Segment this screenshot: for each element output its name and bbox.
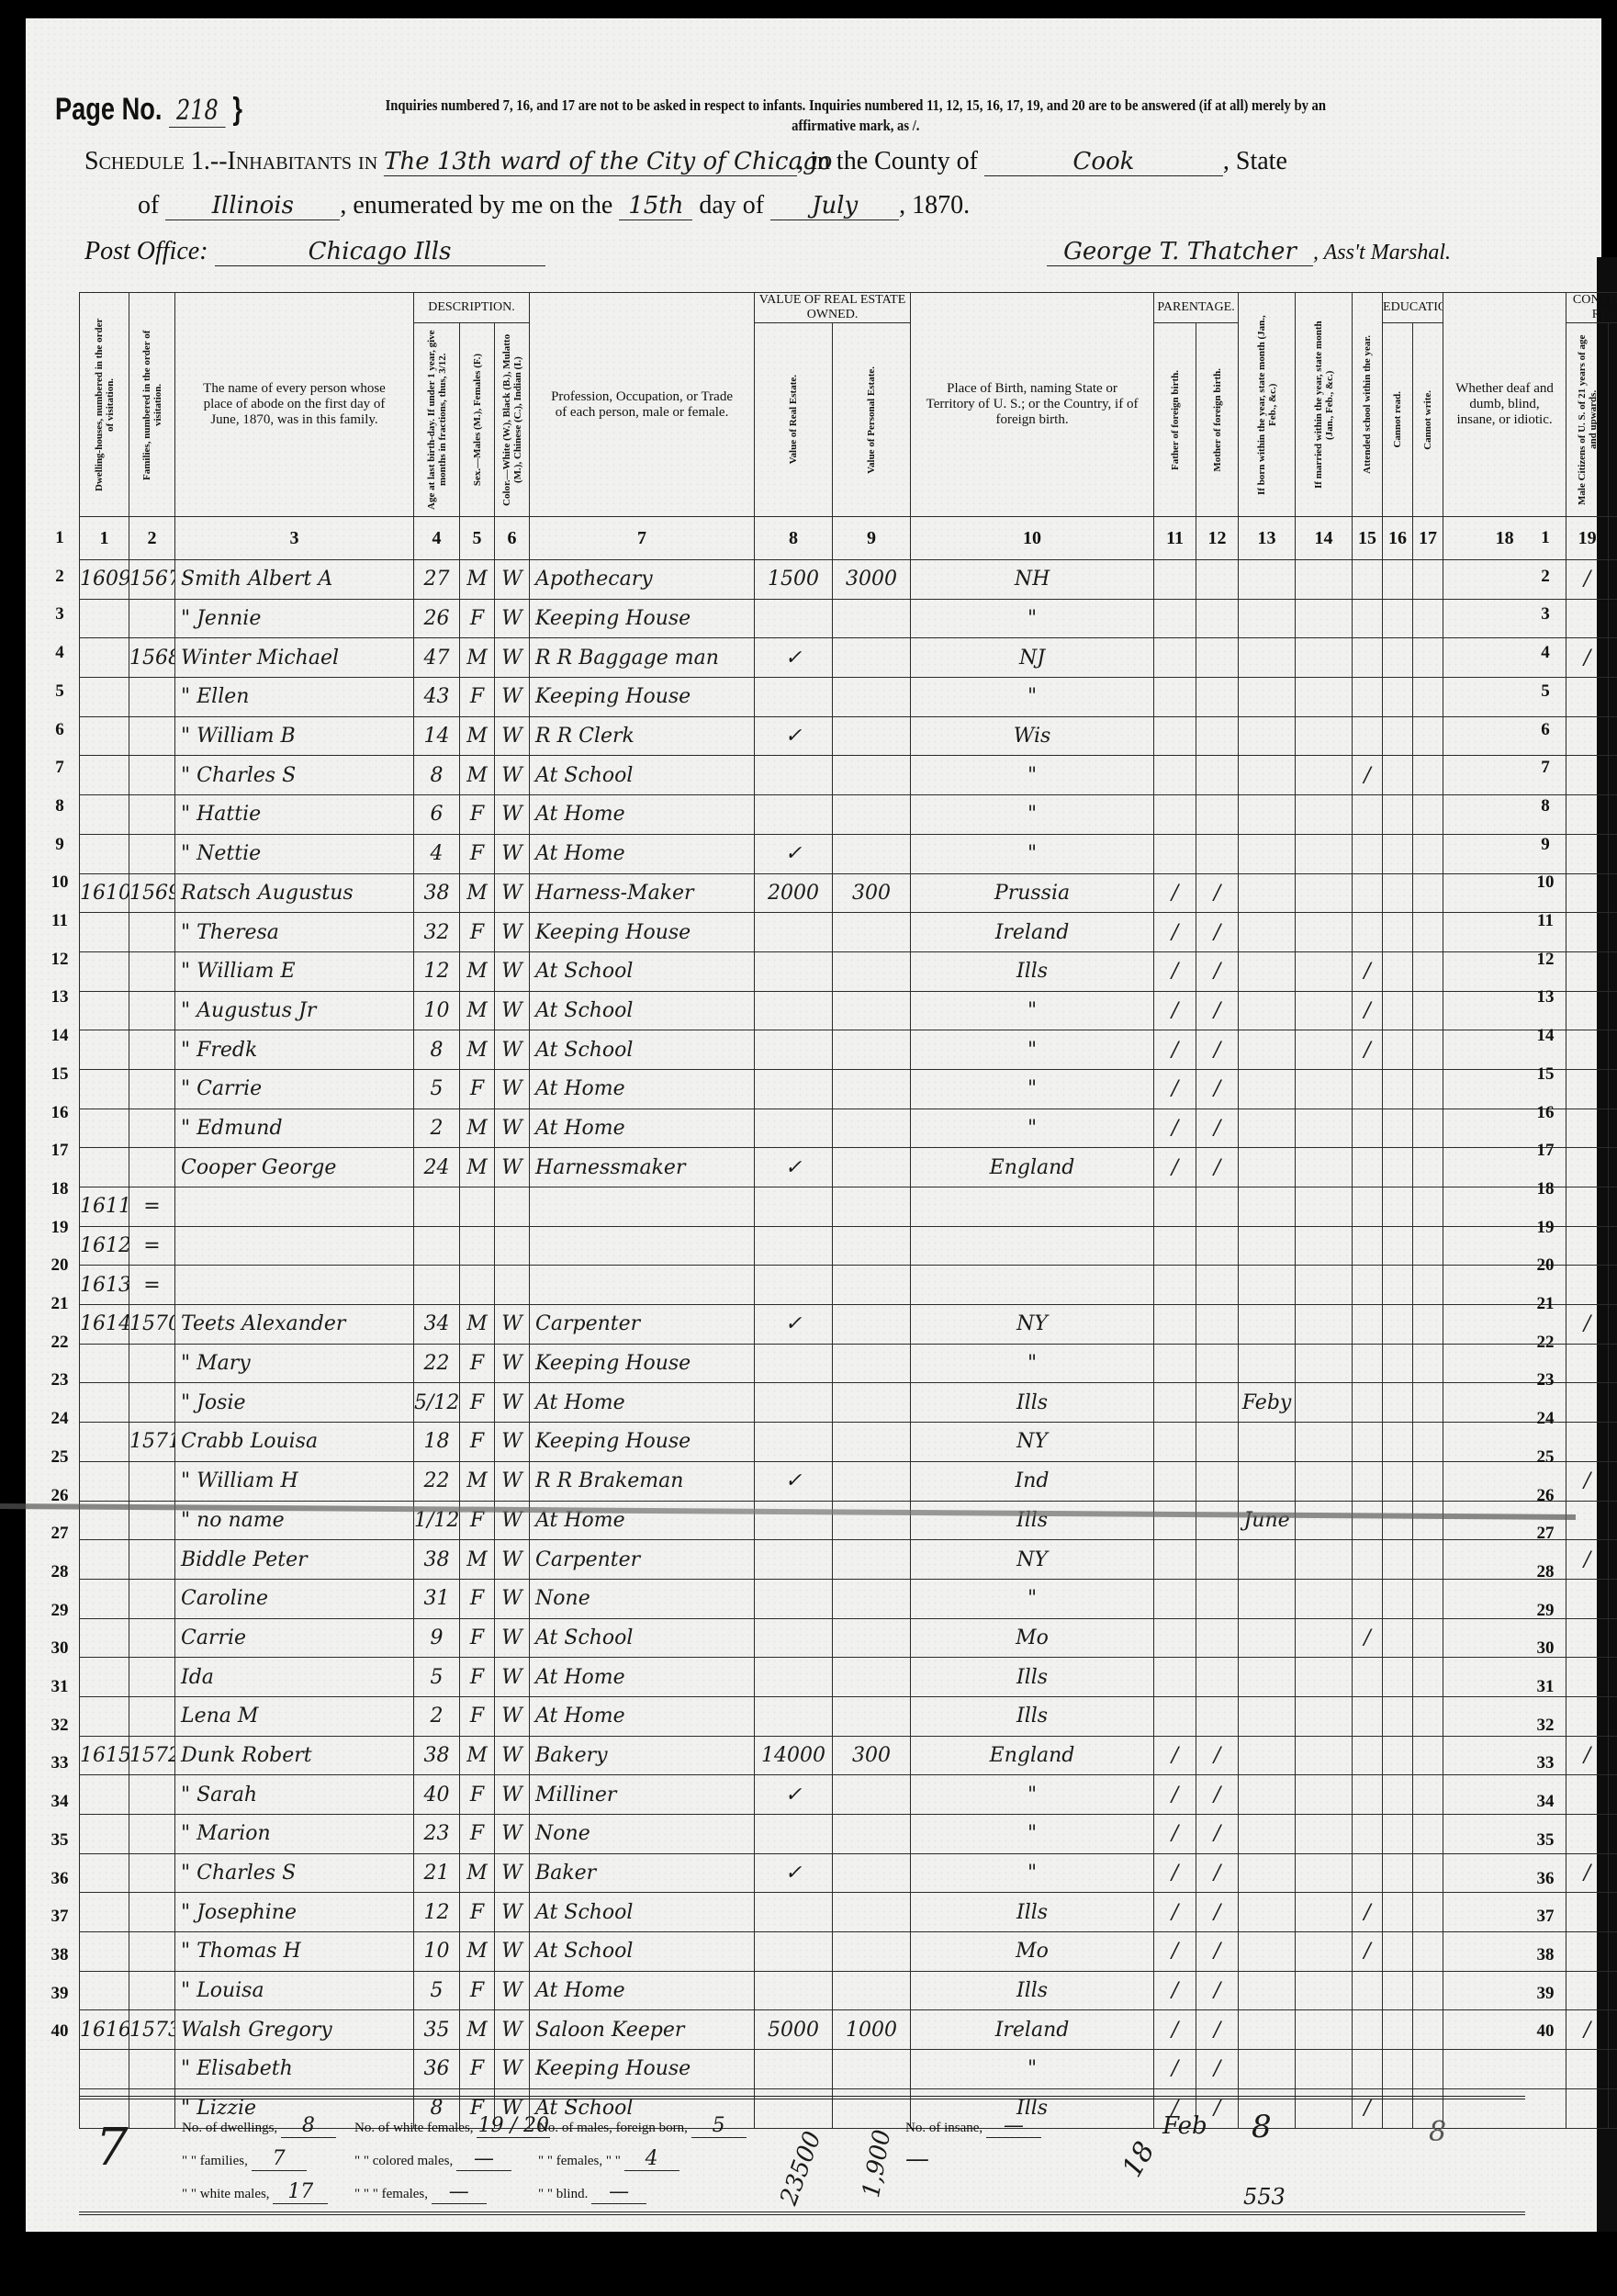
line-number: 19: [1532, 1218, 1559, 1238]
dwelling-number: [80, 638, 129, 678]
dwelling-number: [80, 1423, 129, 1462]
occupation: None: [530, 1815, 755, 1854]
table-row: Caroline31FWNone": [80, 1579, 1617, 1618]
married-month: [1296, 1344, 1353, 1383]
column-number: 11: [1154, 517, 1196, 560]
dwelling-number: [80, 1030, 129, 1070]
table-row: " Thomas H10MWAt SchoolMo///: [80, 1932, 1617, 1972]
schedule-label: Schedule 1.--Inhabitants in: [84, 147, 377, 175]
age: 38: [414, 1540, 460, 1580]
born-month: June: [1239, 1501, 1296, 1540]
mother-foreign-mark: /: [1196, 1971, 1239, 2010]
person-name: " Carrie: [175, 1069, 414, 1109]
dwelling-number: [80, 1069, 129, 1109]
father-foreign-mark: [1154, 834, 1196, 873]
line-number: 8: [1532, 796, 1559, 816]
occupation: [530, 1226, 755, 1266]
cannot-read-mark: [1383, 1266, 1413, 1305]
father-foreign-mark: [1154, 560, 1196, 600]
mother-foreign-mark: [1196, 834, 1239, 873]
sex: [460, 1226, 495, 1266]
school-mark: [1353, 1109, 1383, 1148]
born-month: [1239, 1658, 1296, 1697]
family-number: 1572: [129, 1736, 175, 1775]
vote-denied-mark: [1609, 795, 1617, 835]
married-month: [1296, 1226, 1353, 1266]
table-row: " Charles S8MWAt School"/: [80, 756, 1617, 795]
personal-estate-value: [833, 1226, 911, 1266]
family-number: =: [129, 1187, 175, 1227]
header-father-foreign: Father of foreign birth.: [1154, 323, 1196, 517]
color: W: [495, 2010, 530, 2050]
sex: F: [460, 795, 495, 835]
header-cannot-write: Cannot write.: [1413, 323, 1443, 517]
page-number: 218: [169, 95, 226, 128]
cannot-read-mark: [1383, 991, 1413, 1030]
colored-females-summary: " " " females, —: [354, 2180, 487, 2204]
father-foreign-mark: /: [1154, 1775, 1196, 1815]
person-name: " Thomas H: [175, 1932, 414, 1972]
table-row: 16161573Walsh Gregory35MWSaloon Keeper50…: [80, 2010, 1617, 2050]
father-foreign-mark: [1154, 599, 1196, 638]
mother-foreign-mark: [1196, 1658, 1239, 1697]
line-number: 10: [1532, 872, 1559, 893]
married-month: [1296, 638, 1353, 678]
married-month: [1296, 1461, 1353, 1501]
dwelling-number: [80, 716, 129, 756]
vote-denied-mark: [1609, 834, 1617, 873]
age: 22: [414, 1344, 460, 1383]
vote-denied-mark: [1609, 1266, 1617, 1305]
mother-foreign-mark: [1196, 1344, 1239, 1383]
age: 5/12: [414, 1383, 460, 1423]
married-month: [1296, 1187, 1353, 1227]
dwelling-number: 1615: [80, 1736, 129, 1775]
born-month: [1239, 1579, 1296, 1618]
family-number: [129, 1383, 175, 1423]
family-number: [129, 756, 175, 795]
school-mark: [1353, 795, 1383, 835]
cannot-write-mark: [1413, 795, 1443, 835]
personal-estate-value: [833, 1853, 911, 1893]
real-estate-value: [755, 599, 833, 638]
father-foreign-mark: [1154, 1344, 1196, 1383]
dwelling-number: [80, 1540, 129, 1580]
real-estate-value: [755, 1932, 833, 1972]
age: 5: [414, 1658, 460, 1697]
birthplace: Prussia: [911, 873, 1154, 913]
mother-foreign-mark: /: [1196, 1069, 1239, 1109]
real-estate-total: 23500: [775, 2128, 826, 2209]
dwelling-number: 1614: [80, 1305, 129, 1345]
cannot-read-mark: [1383, 560, 1413, 600]
age: 31: [414, 1579, 460, 1618]
real-estate-value: [755, 1344, 833, 1383]
line-number: 32: [46, 1716, 73, 1736]
cannot-write-mark: [1413, 1736, 1443, 1775]
mother-foreign-mark: /: [1196, 913, 1239, 952]
line-number: 15: [46, 1064, 73, 1085]
family-number: [129, 2050, 175, 2089]
line-number: 30: [1532, 1638, 1559, 1659]
father-foreign-mark: /: [1154, 1893, 1196, 1932]
mother-foreign-mark: /: [1196, 1853, 1239, 1893]
column-number-row: 1234567891011121314151617181920: [80, 517, 1617, 560]
cannot-read-mark: [1383, 1148, 1413, 1187]
vote-denied-mark: [1609, 1148, 1617, 1187]
vote-denied-mark: [1609, 2088, 1617, 2128]
cannot-read-mark: [1383, 1971, 1413, 2010]
citizen-mark: [1566, 1423, 1609, 1462]
header-mother-foreign: Mother of foreign birth.: [1196, 323, 1239, 517]
age: 38: [414, 873, 460, 913]
person-name: " William E: [175, 951, 414, 991]
birthplace: ": [911, 834, 1154, 873]
father-foreign-mark: [1154, 1383, 1196, 1423]
cannot-read-mark: [1383, 1579, 1413, 1618]
personal-estate-value: 300: [833, 873, 911, 913]
citizen-mark: /: [1566, 1540, 1609, 1580]
foreign-males-summary: No. of males, foreign born, 5: [538, 2114, 747, 2138]
age: 26: [414, 599, 460, 638]
marshal-label: , Ass't Marshal.: [1313, 241, 1451, 264]
family-number: 1571: [129, 1423, 175, 1462]
family-number: [129, 1696, 175, 1736]
mother-foreign-mark: [1196, 1187, 1239, 1227]
occupation: Keeping House: [530, 2050, 755, 2089]
school-mark: [1353, 834, 1383, 873]
person-name: " Marion: [175, 1815, 414, 1854]
age: 35: [414, 2010, 460, 2050]
born-month: [1239, 1932, 1296, 1972]
citizen-mark: [1566, 1618, 1609, 1658]
birthplace: Mo: [911, 1618, 1154, 1658]
personal-estate-value: [833, 1893, 911, 1932]
mother-foreign-mark: /: [1196, 2010, 1239, 2050]
born-month: [1239, 599, 1296, 638]
person-name: Ratsch Augustus: [175, 873, 414, 913]
personal-estate-value: [833, 795, 911, 835]
occupation: Milliner: [530, 1775, 755, 1815]
header-birthplace: Place of Birth, naming State or Territor…: [911, 293, 1154, 517]
vote-denied-mark: [1609, 560, 1617, 600]
table-row: " William E12MWAt SchoolIlls///: [80, 951, 1617, 991]
color: W: [495, 1736, 530, 1775]
sex: F: [460, 1971, 495, 2010]
column-number: 2: [129, 517, 175, 560]
age: 9: [414, 1618, 460, 1658]
vote-denied-mark: [1609, 1658, 1617, 1697]
dwelling-number: [80, 913, 129, 952]
header-deaf-blind: Whether deaf and dumb, blind, insane, or…: [1443, 293, 1566, 517]
cannot-read-mark: [1383, 1815, 1413, 1854]
day-field: 15th: [619, 192, 692, 220]
personal-estate-value: [833, 991, 911, 1030]
occupation: At Home: [530, 1696, 755, 1736]
school-mark: [1353, 1344, 1383, 1383]
married-month: [1296, 1932, 1353, 1972]
marshal-line: George T. Thatcher, Ass't Marshal.: [1047, 237, 1451, 266]
cannot-write-mark: [1413, 951, 1443, 991]
citizen-mark: [1566, 1109, 1609, 1148]
school-mark: [1353, 1226, 1383, 1266]
father-foreign-mark: /: [1154, 2010, 1196, 2050]
birthplace: Mo: [911, 1932, 1154, 1972]
citizen-mark: [1566, 678, 1609, 717]
color: W: [495, 795, 530, 835]
family-number: =: [129, 1266, 175, 1305]
person-name: Lena M: [175, 1696, 414, 1736]
family-number: [129, 1344, 175, 1383]
father-foreign-mark: [1154, 1618, 1196, 1658]
post-office-line: Post Office: Chicago Ills: [84, 237, 545, 266]
age: 23: [414, 1815, 460, 1854]
column-number: 13: [1239, 517, 1296, 560]
person-name: " Augustus Jr: [175, 991, 414, 1030]
person-name: " Josephine: [175, 1893, 414, 1932]
age: 38: [414, 1736, 460, 1775]
occupation: At School: [530, 1618, 755, 1658]
vote-denied-mark: [1609, 1775, 1617, 1815]
sex: F: [460, 834, 495, 873]
header-cannot-read: Cannot read.: [1383, 323, 1413, 517]
father-foreign-mark: [1154, 1305, 1196, 1345]
table-row: " Charles S21MWBaker✓"///: [80, 1853, 1617, 1893]
table-row: 1612=: [80, 1226, 1617, 1266]
header-family: Families, numbered in the order of visit…: [129, 293, 175, 517]
real-estate-value: [755, 1579, 833, 1618]
header-occupation: Profession, Occupation, or Trade of each…: [530, 293, 755, 517]
mother-foreign-mark: [1196, 1579, 1239, 1618]
dwelling-number: [80, 1815, 129, 1854]
born-month: [1239, 913, 1296, 952]
line-number: 14: [46, 1026, 73, 1046]
married-month: [1296, 1696, 1353, 1736]
family-number: 1567: [129, 560, 175, 600]
cannot-read-mark: [1383, 2050, 1413, 2089]
blind-summary: " " blind. —: [538, 2180, 646, 2204]
birthplace: ": [911, 1109, 1154, 1148]
born-month: [1239, 716, 1296, 756]
father-foreign-mark: /: [1154, 2050, 1196, 2089]
marshal-field: George T. Thatcher: [1047, 238, 1313, 266]
color: W: [495, 873, 530, 913]
cannot-read-mark: [1383, 913, 1413, 952]
cannot-read-mark: [1383, 1305, 1413, 1345]
married-month: [1296, 1853, 1353, 1893]
born-month: [1239, 756, 1296, 795]
dwelling-number: 1616: [80, 2010, 129, 2050]
citizen-mark: /: [1566, 638, 1609, 678]
vote-denied-mark: [1609, 1344, 1617, 1383]
header-sex: Sex.—Males (M.), Females (F.): [460, 323, 495, 517]
real-estate-value: ✓: [755, 638, 833, 678]
married-month: [1296, 756, 1353, 795]
personal-estate-value: [833, 1658, 911, 1697]
cannot-read-mark: [1383, 1069, 1413, 1109]
line-number: 8: [46, 796, 73, 816]
father-foreign-mark: [1154, 678, 1196, 717]
place-field: The 13th ward of the City of Chicago: [384, 148, 797, 176]
birthplace: [911, 1187, 1154, 1227]
married-month: [1296, 1579, 1353, 1618]
vote-denied-mark: [1609, 716, 1617, 756]
citizen-mark: [1566, 1501, 1609, 1540]
table-row: 1568Winter Michael47MWR R Baggage man✓NJ…: [80, 638, 1617, 678]
citizen-mark: [1566, 2050, 1609, 2089]
born-month: [1239, 1696, 1296, 1736]
sex: M: [460, 1932, 495, 1972]
born-month: [1239, 1187, 1296, 1227]
birthplace: Wis: [911, 716, 1154, 756]
real-estate-value: ✓: [755, 1853, 833, 1893]
cannot-read-mark: [1383, 1423, 1413, 1462]
occupation: Carpenter: [530, 1305, 755, 1345]
school-mark: [1353, 599, 1383, 638]
sex: M: [460, 638, 495, 678]
father-foreign-mark: [1154, 1266, 1196, 1305]
person-name: Cooper George: [175, 1148, 414, 1187]
cannot-write-mark: [1413, 1501, 1443, 1540]
person-name: " Sarah: [175, 1775, 414, 1815]
school-mark: [1353, 913, 1383, 952]
married-month: [1296, 991, 1353, 1030]
schedule-line: Schedule 1.--Inhabitants in The 13th war…: [84, 147, 1287, 176]
line-number: 2: [1532, 567, 1559, 587]
person-name: " Charles S: [175, 1853, 414, 1893]
family-number: [129, 716, 175, 756]
table-row: " Carrie5FWAt Home"//: [80, 1069, 1617, 1109]
citizen-mark: [1566, 834, 1609, 873]
cannot-read-mark: [1383, 1344, 1413, 1383]
cannot-write-mark: [1413, 1069, 1443, 1109]
personal-estate-value: [833, 834, 911, 873]
citizen-mark: [1566, 1148, 1609, 1187]
sex: M: [460, 1461, 495, 1501]
married-month: [1296, 599, 1353, 638]
cannot-write-mark: [1413, 756, 1443, 795]
personal-estate-value: [833, 1030, 911, 1070]
born-month: [1239, 1893, 1296, 1932]
line-number: 19: [46, 1218, 73, 1238]
personal-estate-value: [833, 1618, 911, 1658]
line-number: 36: [1532, 1869, 1559, 1889]
birthplace: Ills: [911, 1893, 1154, 1932]
age: 10: [414, 991, 460, 1030]
cannot-write-mark: [1413, 638, 1443, 678]
birthplace: Ills: [911, 1971, 1154, 2010]
cannot-read-mark: [1383, 1775, 1413, 1815]
cannot-write-mark: [1413, 2010, 1443, 2050]
table-row: 1571Crabb Louisa18FWKeeping HouseNY: [80, 1423, 1617, 1462]
enumeration-line: of Illinois, enumerated by me on the 15t…: [138, 191, 970, 220]
school-mark: [1353, 1971, 1383, 2010]
occupation: Keeping House: [530, 1344, 755, 1383]
family-number: [129, 913, 175, 952]
color: W: [495, 1383, 530, 1423]
line-number: 6: [46, 720, 73, 740]
person-name: " Charles S: [175, 756, 414, 795]
married-month: [1296, 1109, 1353, 1148]
column-number: 5: [460, 517, 495, 560]
personal-estate-value: 1000: [833, 2010, 911, 2050]
father-foreign-mark: /: [1154, 1030, 1196, 1070]
occupation: At Home: [530, 834, 755, 873]
foreign-females-summary: " " females, " " 4: [538, 2147, 679, 2171]
table-row: 16151572Dunk Robert38MWBakery14000300Eng…: [80, 1736, 1617, 1775]
birthplace: Ills: [911, 1658, 1154, 1697]
occupation: Harnessmaker: [530, 1148, 755, 1187]
father-foreign-mark: [1154, 1187, 1196, 1227]
real-estate-value: ✓: [755, 1775, 833, 1815]
born-month: [1239, 1461, 1296, 1501]
cannot-write-mark: [1413, 1696, 1443, 1736]
cannot-read-mark: [1383, 795, 1413, 835]
line-number: 40: [46, 2021, 73, 2042]
family-number: [129, 1461, 175, 1501]
colored-males-summary: " " colored males, —: [354, 2147, 511, 2171]
vote-denied-mark: [1609, 1383, 1617, 1423]
sex: F: [460, 1618, 495, 1658]
occupation: None: [530, 1579, 755, 1618]
personal-estate-value: [833, 716, 911, 756]
column-headers: Dwelling-houses, numbered in the order o…: [80, 293, 1617, 323]
cannot-write-mark: [1413, 1775, 1443, 1815]
person-name: Walsh Gregory: [175, 2010, 414, 2050]
birthplace: NY: [911, 1305, 1154, 1345]
family-number: [129, 951, 175, 991]
citizen-mark: /: [1566, 1461, 1609, 1501]
line-number: 7: [1532, 758, 1559, 778]
born-month: [1239, 1109, 1296, 1148]
school-mark: [1353, 1461, 1383, 1501]
post-office-field: Chicago Ills: [215, 238, 545, 266]
birthplace: Ills: [911, 1696, 1154, 1736]
occupation: R R Brakeman: [530, 1461, 755, 1501]
line-number: 26: [46, 1486, 73, 1506]
school-mark: /: [1353, 991, 1383, 1030]
occupation: At School: [530, 991, 755, 1030]
header-value-group: VALUE OF REAL ESTATE OWNED.: [755, 293, 911, 323]
family-number: [129, 795, 175, 835]
citizen-mark: [1566, 1226, 1609, 1266]
father-foreign-mark: /: [1154, 951, 1196, 991]
line-number: 1: [1532, 528, 1559, 548]
line-number: 11: [1532, 911, 1559, 931]
line-number: 34: [46, 1792, 73, 1812]
school-mark: [1353, 1775, 1383, 1815]
vote-denied-mark: [1609, 991, 1617, 1030]
cannot-read-mark: [1383, 1383, 1413, 1423]
column-number: 19: [1566, 517, 1609, 560]
mother-foreign-mark: /: [1196, 1893, 1239, 1932]
married-month: [1296, 1069, 1353, 1109]
cannot-write-mark: [1413, 1815, 1443, 1854]
mother-foreign-mark: [1196, 1540, 1239, 1580]
person-name: [175, 1187, 414, 1227]
cannot-read-mark: [1383, 1736, 1413, 1775]
occupation: Saloon Keeper: [530, 2010, 755, 2050]
age: 32: [414, 913, 460, 952]
personal-estate-value: [833, 1971, 911, 2010]
line-number: 35: [1532, 1830, 1559, 1851]
day-of-label: day of: [699, 191, 764, 219]
header-description-group: DESCRIPTION.: [414, 293, 530, 323]
mother-foreign-mark: [1196, 795, 1239, 835]
citizen-mark: [1566, 1069, 1609, 1109]
real-estate-value: [755, 1501, 833, 1540]
table-row: " Hattie6FWAt Home": [80, 795, 1617, 835]
